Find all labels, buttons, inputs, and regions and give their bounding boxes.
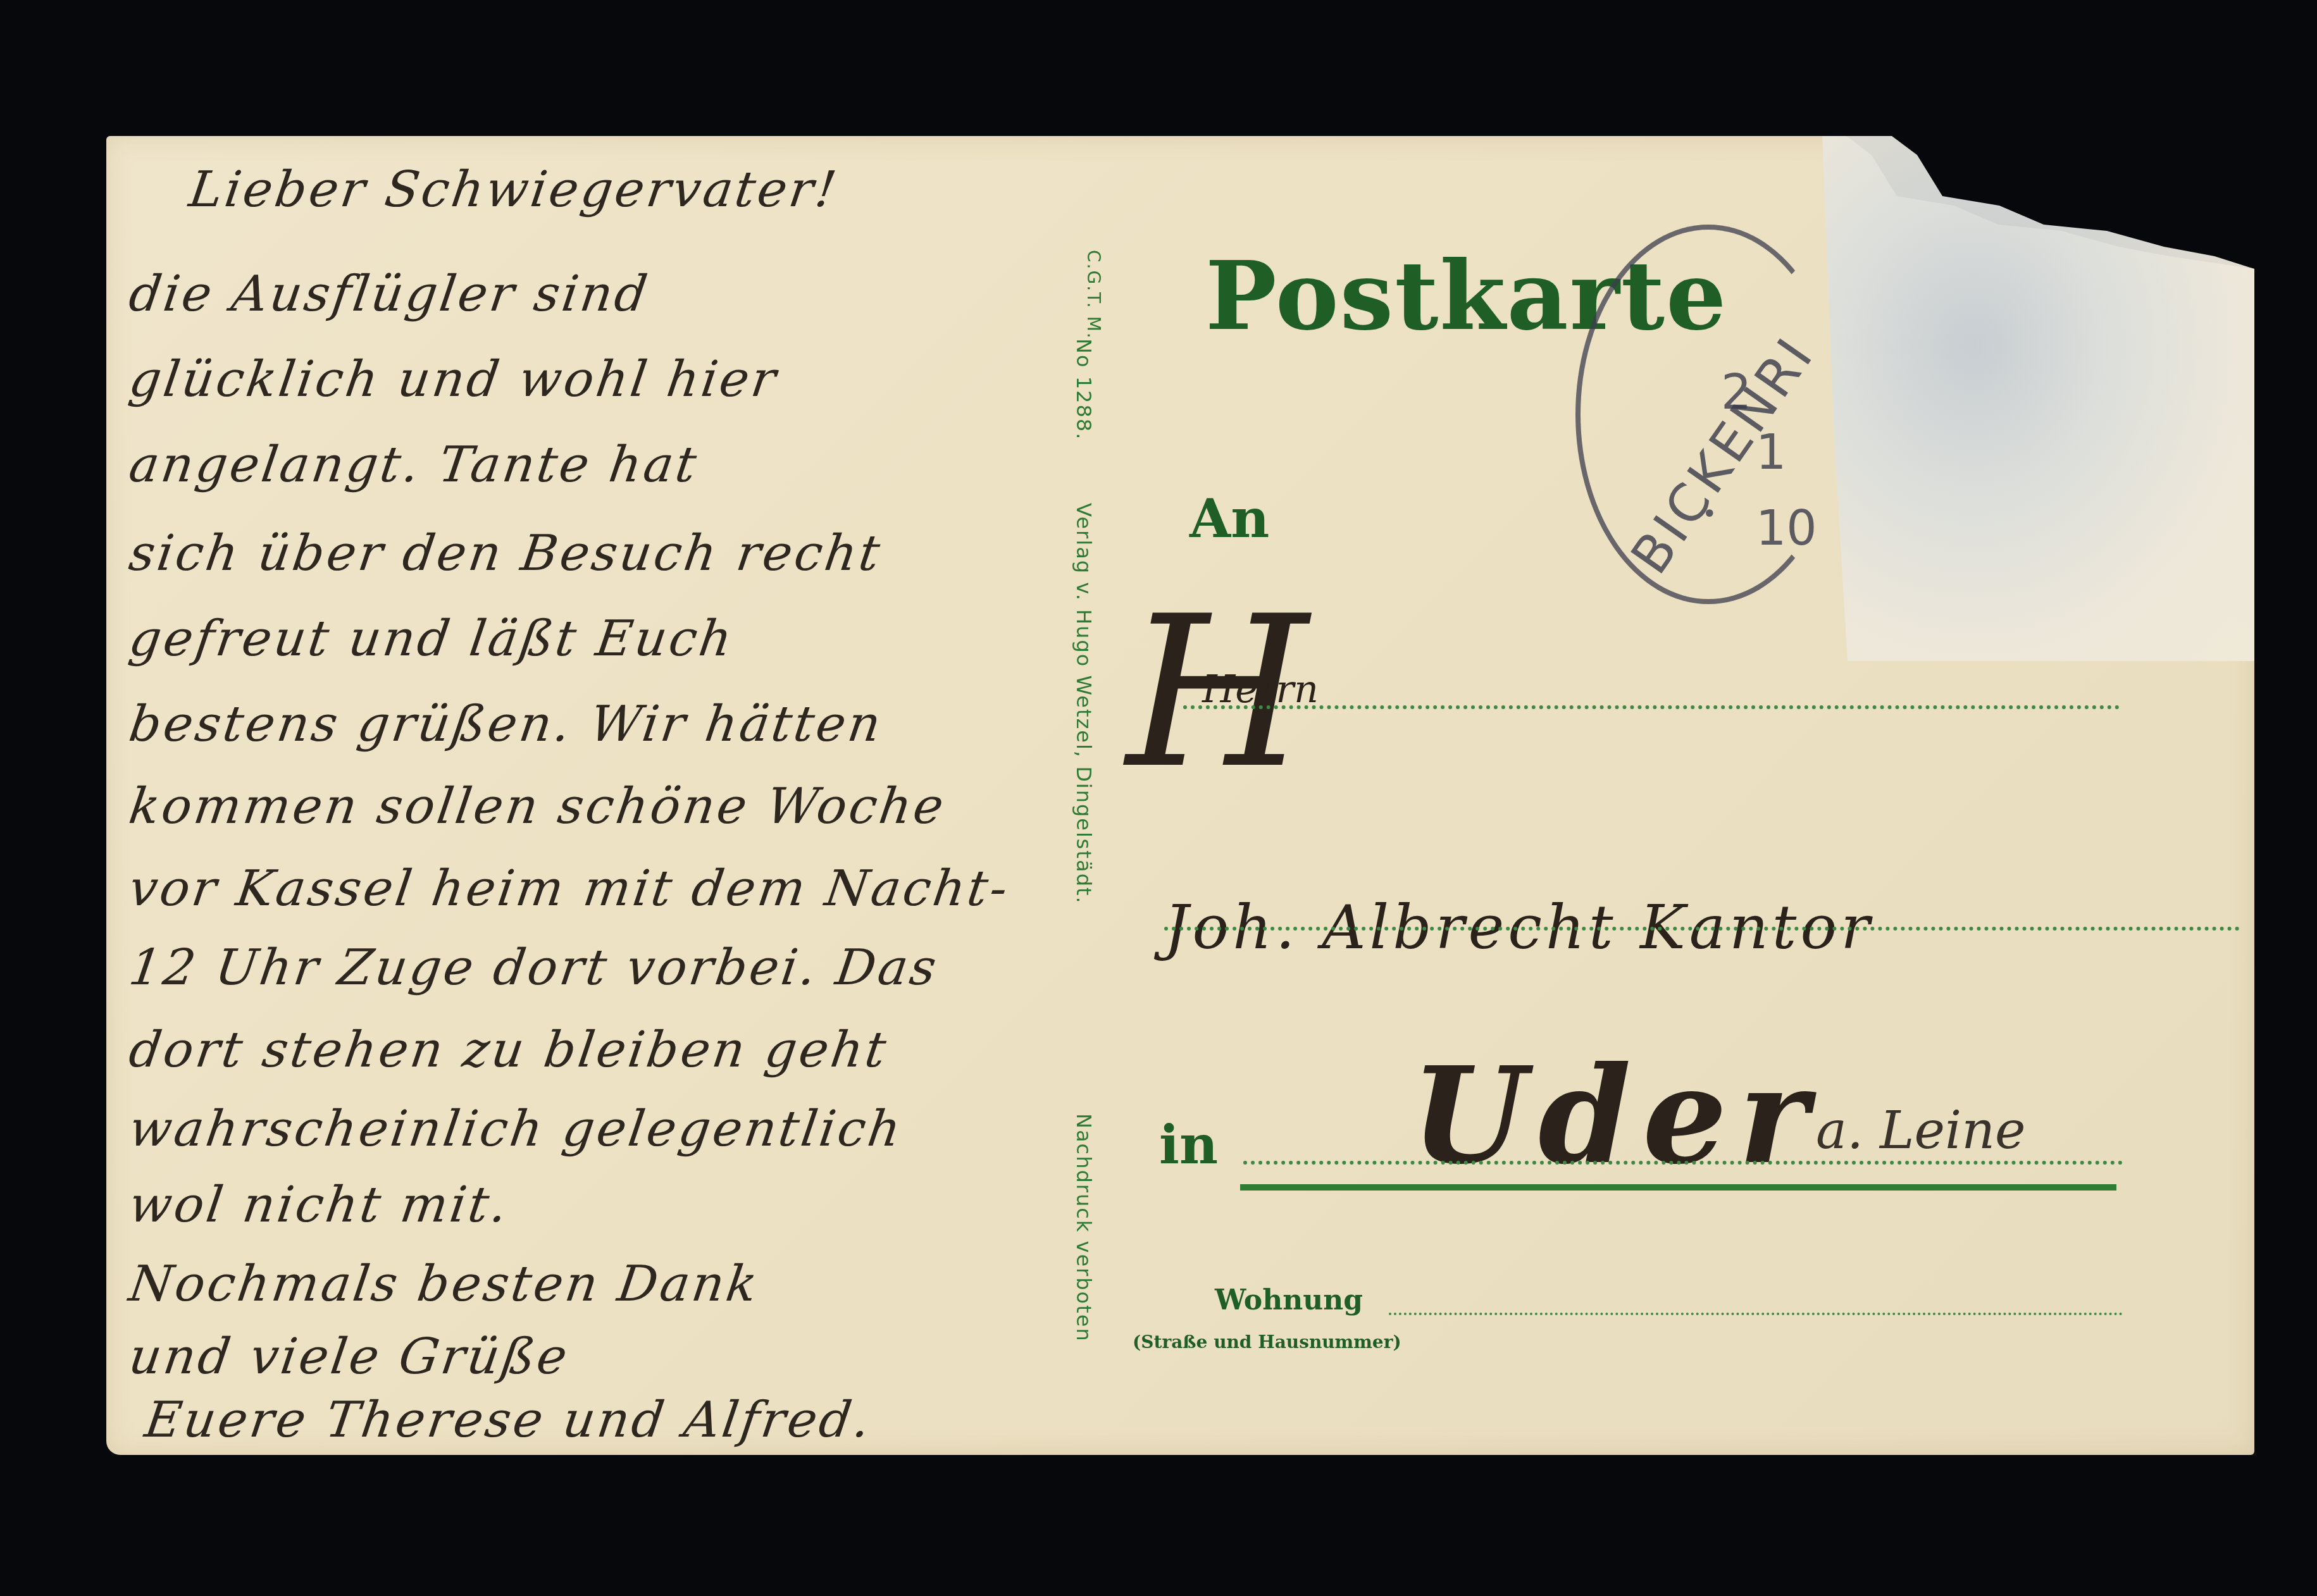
place-underline (1240, 1184, 2116, 1191)
message-line: glücklich und wohl hier (126, 351, 782, 408)
residence-line (1389, 1313, 2123, 1315)
recipient-label: An (1190, 487, 1269, 550)
publisher-logo: C.G.T. M. (1083, 250, 1104, 340)
postmark-year: 10 (1756, 500, 1817, 556)
message-line: und viele Grüße (126, 1328, 573, 1385)
message-line: gefreut und läßt Euch (126, 610, 738, 667)
postmark-dot: • (1702, 500, 1717, 529)
message-line: vor Kassel heim mit dem Nacht- (126, 860, 1014, 917)
postmark-day: 2 (1721, 364, 1751, 420)
message-line: Nochmals besten Dank (126, 1256, 763, 1313)
message-signature: Euere Therese und Alfred. (142, 1392, 876, 1449)
message-line: die Ausflügler sind (126, 266, 653, 323)
message-line: angelangt. Tante hat (126, 436, 702, 493)
recipient-town-suffix: a. Leine (1816, 1101, 2026, 1161)
message-line: dort stehen zu bleiben geht (126, 1022, 892, 1079)
message-line: 12 Uhr Zuge dort vorbei. Das (126, 939, 942, 996)
message-line: kommen sollen schöne Woche (126, 778, 950, 835)
message-line: wol nicht mit. (126, 1177, 513, 1234)
torn-stamp-area (1822, 136, 2254, 661)
message-line: wahrscheinlich gelegentlich (126, 1101, 907, 1158)
address-line-2 (1164, 927, 2240, 931)
residence-sublabel: (Straße und Hausnummer) (1133, 1332, 1401, 1352)
copyright-notice: Nachdruck verboten (1072, 1113, 1096, 1342)
publisher-imprint: Verlag v. Hugo Wetzel, Dingelstädt. (1072, 503, 1096, 905)
address-line-1 (1183, 705, 2120, 709)
residence-label: Wohnung (1215, 1284, 1363, 1316)
postmark-month: 1 (1756, 424, 1786, 480)
address-line-3 (1243, 1161, 2123, 1165)
message-line: sich über den Besuch recht (126, 525, 886, 582)
message-line: bestens grüßen. Wir hätten (126, 696, 887, 753)
place-label: in (1159, 1113, 1218, 1176)
recipient-town: Uder (1411, 1037, 1820, 1194)
catalog-number: No 1288. (1072, 338, 1096, 440)
message-line: Lieber Schwiegervater! (186, 161, 842, 218)
